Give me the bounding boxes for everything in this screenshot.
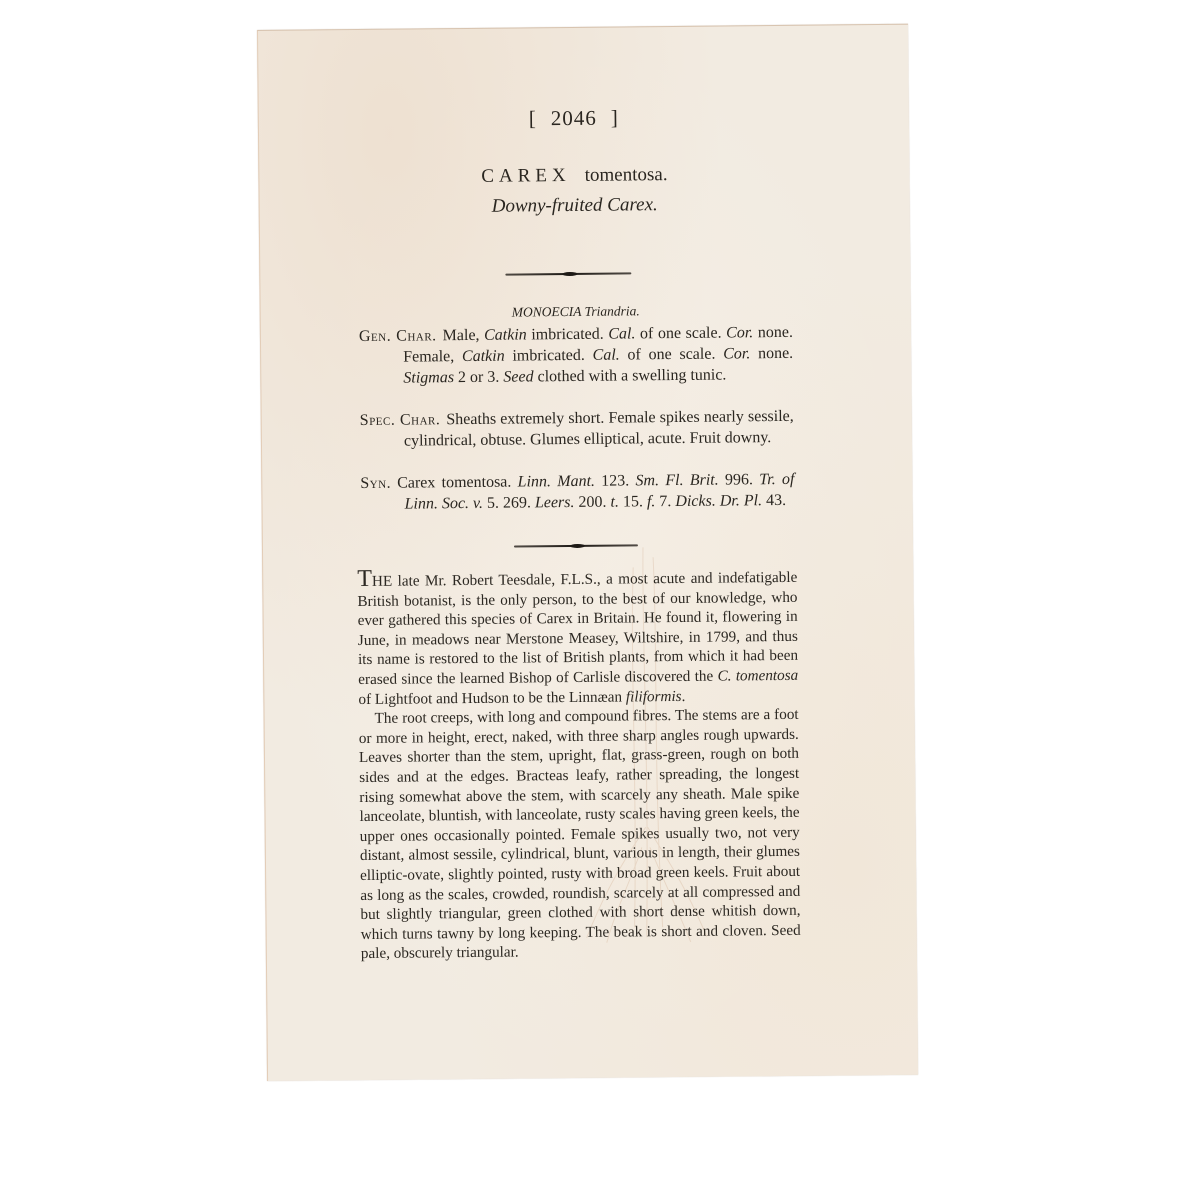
spec-char-text: Sheaths extremely short. Female spikes n… (404, 408, 794, 450)
linnaean-classification: MONOECIA Triandria. (359, 302, 793, 322)
italic-taxon: filiformis (626, 688, 682, 706)
text: 200. (574, 494, 610, 511)
specific-character: Spec. Char.Sheaths extremely short. Fema… (360, 406, 794, 452)
italic-text: Cal. (593, 347, 620, 364)
bracket-close: ] (611, 106, 619, 131)
italic-text: Sm. Fl. Brit. (635, 472, 718, 490)
ornamental-divider (505, 272, 631, 275)
gen-char-label: Gen. Char. (359, 327, 437, 345)
drop-cap: T (357, 566, 372, 592)
italic-taxon: C. tomentosa (717, 667, 798, 685)
italic-text: Catkin (484, 326, 527, 343)
text: 7. (655, 493, 675, 510)
generic-character: Gen. Char.Male, Catkin imbricated. Cal. … (359, 322, 794, 389)
text: imbricated. (505, 347, 593, 365)
text: Sheaths extremely short. Female spikes n… (404, 408, 794, 450)
italic-text: Seed (503, 368, 533, 385)
paragraph-description: The root creeps, with long and compound … (359, 705, 801, 964)
syn-text: Carex tomentosa. Linn. Mant. 123. Sm. Fl… (397, 471, 794, 513)
plate-number: [2046] (357, 104, 791, 133)
text: Carex tomentosa. (397, 474, 518, 492)
italic-text: Cor. (726, 324, 753, 341)
spec-char-label: Spec. Char. (360, 411, 441, 429)
italic-text: Catkin (462, 348, 505, 365)
genus-name: CAREX (481, 165, 571, 187)
gen-char-text: Male, Catkin imbricated. Cal. of one sca… (403, 324, 793, 387)
italic-text: Cor. (723, 345, 750, 362)
text: of one scale. (635, 325, 726, 343)
text: 123. (595, 472, 636, 489)
species-title: CAREXtomentosa. (357, 163, 791, 189)
italic-text: Linn. Mant. (518, 473, 596, 491)
italic-text: Cal. (608, 325, 635, 342)
species-epithet: tomentosa. (585, 164, 668, 186)
text: 2 or 3. (454, 369, 503, 386)
printed-page: [2046] CAREXtomentosa. Downy-fruited Car… (257, 24, 918, 1081)
text: 5. 269. (483, 494, 535, 511)
paragraph-history: THE late Mr. Robert Teesdale, F.L.S., a … (357, 566, 798, 709)
plate-number-value: 2046 (551, 106, 597, 130)
text: Male, (443, 327, 485, 344)
text: 996. (719, 471, 760, 488)
common-name: Downy-fruited Carex. (358, 193, 792, 219)
text: none. (750, 345, 793, 362)
syn-label: Syn. (360, 475, 391, 492)
text: clothed with a swelling tunic. (533, 367, 726, 386)
paragraph-text: of Lightfoot and Hudson to be the Linnæa… (358, 688, 626, 708)
text: 15. (619, 493, 647, 510)
text: 43. (762, 492, 786, 509)
italic-text: f. (647, 493, 656, 510)
text: imbricated. (527, 326, 609, 344)
text: of one scale. (620, 346, 724, 364)
synonymy: Syn.Carex tomentosa. Linn. Mant. 123. Sm… (360, 469, 794, 515)
description-body: THE late Mr. Robert Teesdale, F.L.S., a … (357, 566, 801, 964)
first-word-caps: HE (372, 573, 392, 590)
page-content: [2046] CAREXtomentosa. Downy-fruited Car… (356, 26, 790, 30)
bracket-open: [ (529, 106, 537, 131)
italic-text: Dicks. Dr. Pl. (675, 492, 762, 510)
italic-text: Leers. (535, 494, 575, 511)
italic-text: Stigmas (403, 369, 454, 386)
paragraph-text: . (681, 687, 685, 704)
